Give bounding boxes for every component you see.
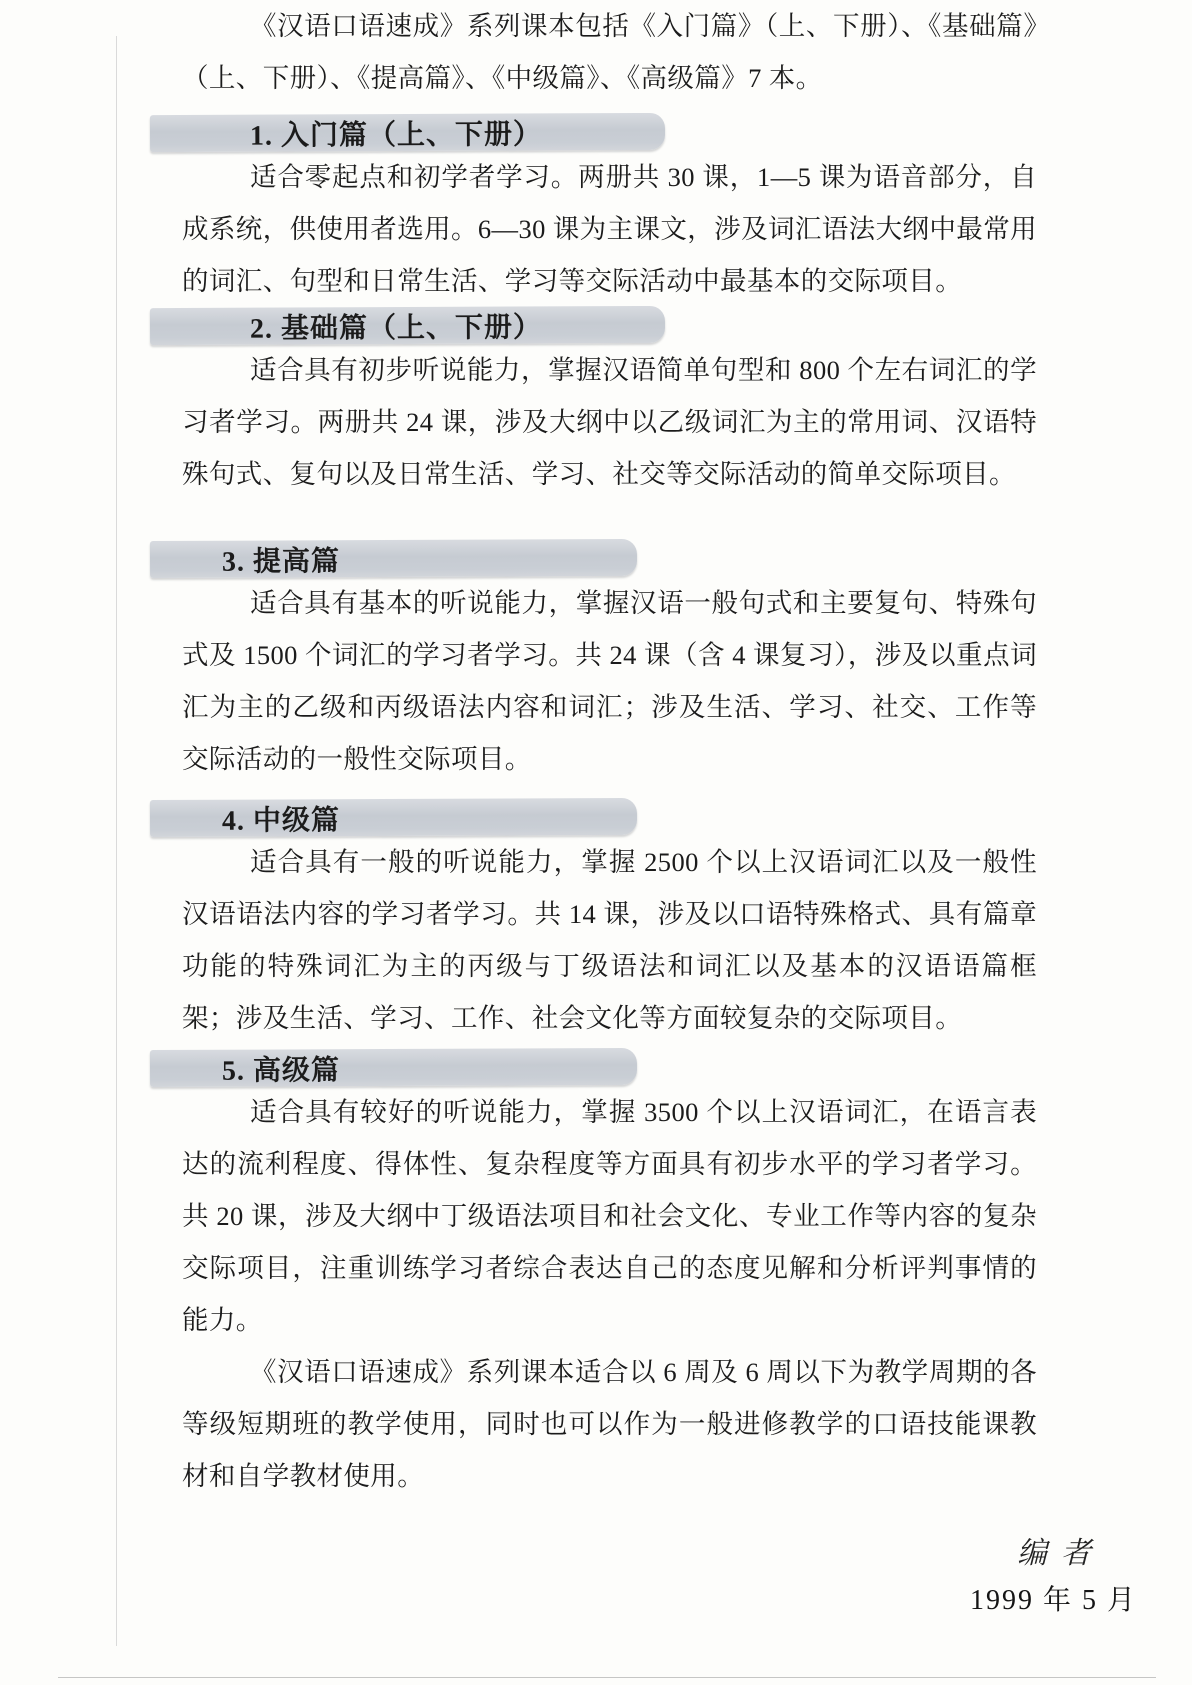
section-heading-zhongjipian: 4. 中级篇 (150, 798, 637, 837)
section-body-gaojipian: 适合具有较好的听说能力，掌握 3500 个以上汉语词汇，在语言表达的流利程度、得… (182, 1086, 1037, 1346)
section-body-jichupian: 适合具有初步听说能力，掌握汉语简单句型和 800 个左右词汇的学习者学习。两册共… (182, 344, 1037, 500)
scanned-document-page: 《汉语口语速成》系列课本包括《入门篇》（上、下册）、《基础篇》（上、下册）、《提… (0, 0, 1192, 1685)
section-heading-rumenpian: 1. 入门篇（上、下册） (150, 113, 665, 152)
closing-paragraph: 《汉语口语速成》系列课本适合以 6 周及 6 周以下为教学周期的各等级短期班的教… (182, 1346, 1037, 1502)
scan-artifact-bottom-edge (58, 1677, 1156, 1678)
section-heading-jichupian: 2. 基础篇（上、下册） (150, 306, 665, 345)
section-heading-gaojipian: 5. 高级篇 (150, 1048, 637, 1087)
section-heading-label: 4. 中级篇 (222, 798, 340, 839)
scan-artifact-left-edge (116, 36, 117, 1646)
section-heading-label: 3. 提高篇 (222, 539, 340, 580)
intro-paragraph: 《汉语口语速成》系列课本包括《入门篇》（上、下册）、《基础篇》（上、下册）、《提… (182, 0, 1037, 104)
section-body-tigaopian: 适合具有基本的听说能力，掌握汉语一般句式和主要复句、特殊句式及 1500 个词汇… (182, 577, 1037, 785)
editor-signature: 编者 (182, 1528, 1105, 1572)
page-content: 《汉语口语速成》系列课本包括《入门篇》（上、下册）、《基础篇》（上、下册）、《提… (182, 0, 1037, 1618)
section-body-rumenpian: 适合零起点和初学者学习。两册共 30 课，1—5 课为语音部分，自成系统，供使用… (182, 151, 1037, 307)
publication-date: 1999 年 5 月 (182, 1578, 1137, 1618)
section-heading-tigaopian: 3. 提高篇 (150, 539, 637, 578)
section-heading-label: 1. 入门篇（上、下册） (250, 112, 542, 153)
section-heading-label: 5. 高级篇 (222, 1048, 340, 1089)
section-heading-label: 2. 基础篇（上、下册） (250, 305, 542, 346)
section-body-zhongjipian: 适合具有一般的听说能力，掌握 2500 个以上汉语词汇以及一般性汉语语法内容的学… (182, 836, 1037, 1044)
